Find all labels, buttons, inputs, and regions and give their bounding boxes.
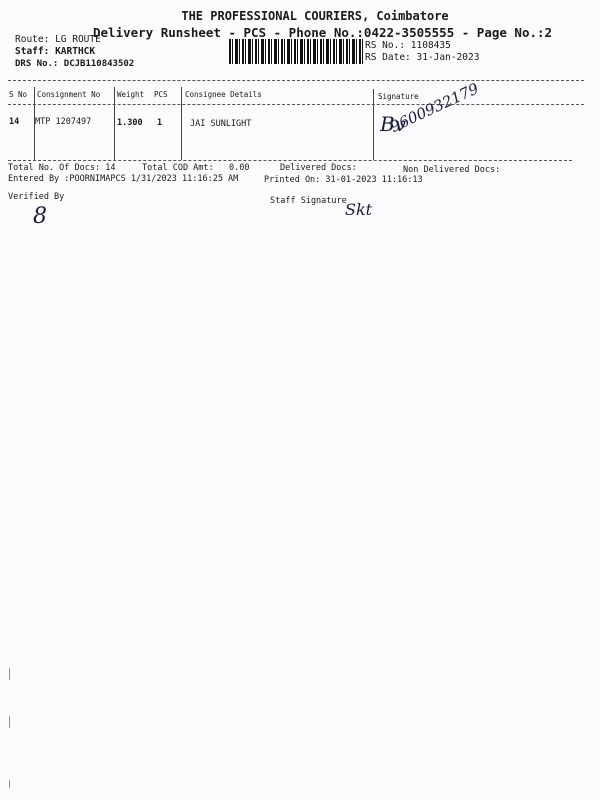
staff-line: Staff: KARTHCK: [15, 46, 95, 57]
cod-line: Total COD Amt: 0.00: [142, 163, 250, 173]
printed-on: Printed On: 31-01-2023 11:16:13: [264, 175, 423, 185]
th-consignee: Consignee Details: [185, 90, 262, 99]
total-docs-label: Total No. Of Docs:: [8, 163, 100, 173]
scan-mark: [9, 716, 10, 728]
rule-top: [8, 80, 584, 81]
recipient-phone: 9600932179: [387, 79, 481, 136]
staff-value: KARTHCK: [55, 46, 95, 57]
non-delivered-label: Non Delivered Docs:: [403, 165, 500, 175]
delivered-label: Delivered Docs:: [280, 163, 357, 173]
route-line: Route: LG ROUTE: [15, 34, 101, 45]
th-consignment: Consignment No: [37, 90, 100, 99]
route-label: Route:: [15, 34, 49, 45]
total-docs-value: 14: [105, 163, 115, 173]
th-sno: S No: [9, 90, 27, 99]
cell-pcs: 1: [157, 118, 162, 128]
route-value: LG ROUTE: [55, 34, 101, 45]
scan-mark: [9, 780, 10, 788]
cell-weight: 1.300: [117, 118, 143, 128]
rs-no-value: 1108435: [411, 40, 451, 51]
staff-signature-label: Staff Signature: [270, 196, 347, 206]
rule-header: [8, 104, 584, 105]
cell-sno: 14: [9, 117, 19, 127]
col-divider: [373, 89, 374, 160]
staff-label: Staff:: [15, 46, 49, 57]
drs-line: DRS No.: DCJB110843502: [15, 59, 134, 69]
totals-line: Total No. Of Docs: 14: [8, 163, 116, 173]
col-divider: [181, 87, 182, 160]
staff-signature-mark: Skt: [345, 200, 372, 219]
cod-label: Total COD Amt:: [142, 163, 214, 173]
verified-by-label: Verified By: [8, 192, 64, 202]
rs-no-line: RS No.: 1108435: [365, 40, 451, 51]
rs-date-line: RS Date: 31-Jan-2023: [365, 52, 479, 63]
drs-value: DCJB110843502: [64, 59, 134, 69]
th-weight: Weight: [117, 90, 144, 99]
rs-date-value: 31-Jan-2023: [417, 52, 480, 63]
th-pcs: PCS: [154, 90, 168, 99]
barcode: [229, 39, 363, 64]
scan-mark: [9, 668, 10, 680]
verified-mark: 8: [33, 204, 47, 229]
drs-label: DRS No.:: [15, 59, 58, 69]
entered-by: Entered By :POORNIMAPCS 1/31/2023 11:16:…: [8, 174, 238, 184]
th-signature: Signature: [378, 92, 419, 101]
runsheet-subtitle: Delivery Runsheet - PCS - Phone No.:0422…: [93, 25, 552, 40]
rs-no-label: RS No.:: [365, 40, 405, 51]
cod-value: 0.00: [229, 163, 249, 173]
cell-consignment: MTP 1207497: [35, 117, 91, 127]
cell-consignee: JAI SUNLIGHT: [190, 119, 251, 129]
rule-bottom: [8, 160, 572, 161]
col-divider: [114, 87, 115, 160]
rs-date-label: RS Date:: [365, 52, 411, 63]
company-title: THE PROFESSIONAL COURIERS, Coimbatore: [0, 9, 600, 23]
